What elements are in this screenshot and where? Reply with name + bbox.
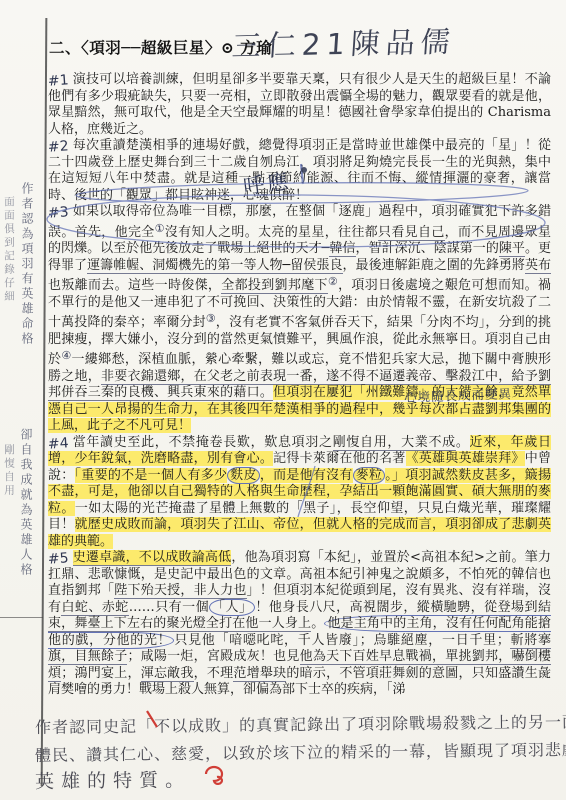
handwritten-circled-number: ② [328,275,338,288]
text-segment: 陳平 [499,241,525,257]
text-segment: 。」 [385,468,405,483]
text-segment: 每次重讀楚漢相爭的連場好戲，總覺得項羽正是當時並世雄傑中最亮的「星」！從二十四歲… [48,138,551,203]
text-segment: 剛愎自用，大業不成 [333,435,456,451]
text-segment: 也叛離而去。這些一時俊傑， [48,278,221,293]
text-segment: ，不理 [194,666,234,681]
text-segment: 。 [456,435,470,450]
text-segment: 英布 [525,258,551,274]
handwritten-circled-number: ④ [61,349,71,362]
text-segment: 「人」 [209,599,255,616]
text-segment: 記得卡萊爾在他的名著 [273,451,405,466]
text-segment: 運籌帷幄、洞燭機先的第一等人物─留侯張良 [87,258,342,274]
text-segment: 《英雄與英雄崇拜》 [406,451,525,466]
paragraph-4: #4當年讀史至此，不禁掩卷長歎，歎息項羽之剛愎自用，大業不成。近來，年歲日增，少… [48,435,551,551]
handwritten-paragraph-mark: #4 [47,435,69,453]
text-segment: 當年讀史至此，不禁掩卷長歎，歎息項羽之 [73,435,333,450]
handwritten-paragraph-mark: #2 [47,138,69,156]
text-segment: 全都投到劉邦麾下 [221,278,328,294]
handwritten-note-margin-right: 心境隨長成而變異 [404,384,513,406]
text-segment: 韓信 [329,241,355,257]
text-segment: 就歷史成敗而論，項羽失了江山、帝位，但就人格的完成而言，項羽卻成了悲劇英雄的典範… [48,517,551,549]
text-segment: ，最後連解鉅鹿之圍的先鋒勇將 [343,258,525,273]
text-segment: ，而是他有沒有 [260,468,353,483]
handwritten-paragraph-mark: #3 [47,204,69,222]
text-segment: 渾忘敵我 [141,666,194,682]
text-segment: ！他身長八尺，高視闊步，縱橫馳騁， [255,600,484,615]
text-segment: 只見他「喑噁叱咤，千人皆廢」；烏騅絕塵，一日千里； [174,633,509,648]
paragraph-5: #5史遷卓識，不以成敗論高低，他為項羽寫「本紀」，並置於<高祖本紀>之前。筆力扛… [48,550,551,699]
photocopy-edge-line [41,18,48,786]
text-segment: 麥粒 [353,467,386,484]
text-segment: ……只有一個 [129,600,209,615]
handwritten-margin-note-2: 面面俱到記錄仔細 [2,196,17,416]
handwritten-margin-note-3: 卻自我成就為英雄人格 [18,428,35,618]
handwritten-bottom-comment-line3: 英雄的特質。 [35,765,191,794]
text-segment: 只看見自己 [378,225,445,241]
text-segment: 麩皮 [227,467,260,484]
handwritten-circled-number: ③ [206,312,216,325]
handwritten-margin-note-1: 作者認為項羽有英雄命格 [19,182,36,442]
handwritten-note-huying: 呼應 [241,165,292,201]
red-spiral-mark [206,767,222,784]
scanned-page: 二、〈項羽──超級巨星〉⊙ 方瑜 三仁21陳品儒 #1演技可以培養訓練，但明星卻… [0,0,566,800]
handwritten-bottom-comment-line2: 體民、讚其仁心、慈愛，以致於垓下泣的精采的一幕，皆顯現了項羽悲劇 [35,737,566,766]
text-segment: 「重要的不是一個人有多少 [75,468,228,483]
text-segment: ，智計深沉、陰謀第一的 [356,241,499,256]
text-segment: 演技可以培養訓練，但明星卻多半要靠天稟，只有很少人是天生的超級巨星！不論他們有多… [48,72,551,137]
handwritten-paragraph-mark: #5 [47,550,69,568]
handwritten-bottom-comment-line1: 作者認同史記「不以成敗」的真實記錄出了項羽除戰場殺戮之上的另一面， [35,709,566,738]
handwritten-paragraph-mark: #1 [47,72,69,90]
text-segment: 史遷卓識，不以成敗論高低 [73,550,232,566]
text-segment: ；鴻門宴上， [61,666,140,681]
text-segment: 沒有知人之明。太亮的星星，往往都 [165,225,378,240]
paragraph-2: #2每次重讀楚漢相爭的連場好戲，總覺得項羽正是當時並世雄傑中最亮的「星」！從二十… [48,138,551,204]
text-segment: 陛下殆天授，非人力也 [114,583,246,599]
text-segment: 。 [311,616,324,631]
handwritten-circled-number: ① [155,222,165,235]
text-segment: 白蛇、赤蛇 [61,600,128,616]
text-segment: ；咸陽一炬，宮殿成灰！也見 [127,649,299,664]
handwritten-student-name: 三仁21陳品儒 [231,20,458,66]
paragraph-1: #1演技可以培養訓練，但明星卻多半要靠天稟，只有很少人是天生的超級巨星！不論他們… [48,72,551,138]
handwritten-margin-note-4: 剛愎自用 [2,444,17,554]
text-segment: 范增舉玦 [233,666,286,682]
